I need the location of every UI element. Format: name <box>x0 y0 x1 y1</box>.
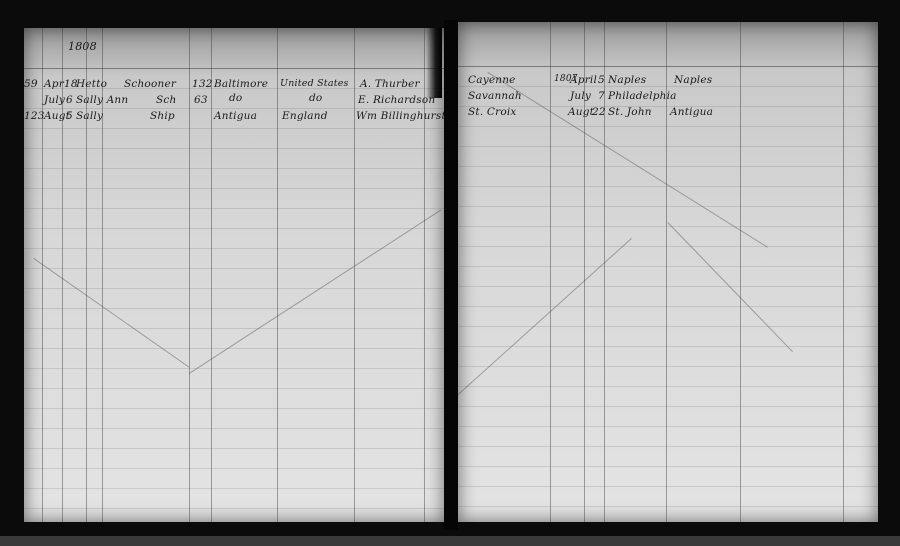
vessel-rig: Ship <box>150 110 175 122</box>
vessel-name: Hetto <box>76 78 107 90</box>
port-from: do <box>229 92 242 104</box>
entry-month: April <box>570 74 597 86</box>
destination: St. John <box>608 106 652 118</box>
destination: Philadelphia <box>608 90 677 102</box>
entry-number: 59 <box>24 78 38 90</box>
vessel-name: Sally <box>76 110 103 122</box>
cargo-place: St. Croix <box>468 106 517 118</box>
port-from: Baltimore <box>214 78 268 90</box>
master-name: Wm Billinghurst <box>356 110 444 122</box>
remarks: Naples <box>674 74 712 86</box>
vessel-rig: Schooner <box>124 78 176 90</box>
right-ledger-page: Cayenne 1807 April 5 Naples Naples Savan… <box>458 22 878 522</box>
cargo-place: Cayenne <box>468 74 516 86</box>
book-binding-gutter <box>444 20 458 530</box>
cargo-place: Savannah <box>468 90 522 102</box>
binding-shadow <box>426 28 442 98</box>
entry-day: 5 <box>598 74 605 86</box>
flag: United States <box>280 78 349 89</box>
entry-month: July <box>570 90 591 102</box>
entry-month: Apr <box>44 78 64 90</box>
tonnage: 132 <box>192 78 213 90</box>
tonnage: 63 <box>194 94 208 106</box>
flag: England <box>282 110 328 122</box>
left-ledger-page: 1808 59 Apr 18 Hetto Schooner 132 Baltim… <box>24 28 444 522</box>
entry-day: 7 <box>598 90 605 102</box>
scanner-bottom-edge <box>0 536 900 546</box>
remarks: Antigua <box>670 106 713 118</box>
port-from: Antigua <box>214 110 257 122</box>
entry-day: 6 <box>66 94 73 106</box>
master-name: E. Richardson <box>358 94 435 106</box>
entry-number: 123 <box>24 110 45 122</box>
vessel-rig: Sch <box>156 94 176 106</box>
entry-day: 22 <box>592 106 606 118</box>
destination: Naples <box>608 74 646 86</box>
master-name: A. Thurber <box>360 78 420 90</box>
entry-day: 5 <box>66 110 73 122</box>
vessel-name: Sally Ann <box>76 94 128 106</box>
year-heading: 1808 <box>68 40 97 53</box>
entry-month: July <box>44 94 65 106</box>
entry-month: Augt <box>568 106 594 118</box>
flag: do <box>309 92 322 104</box>
